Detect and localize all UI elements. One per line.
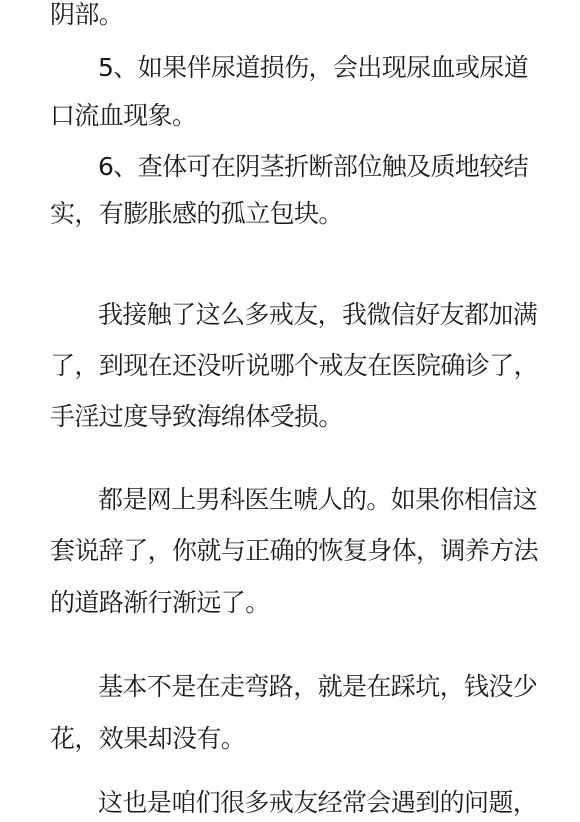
paragraph-start: 这也是咱们很多戒友经常会遇到的问题， bbox=[98, 788, 537, 818]
text-line-item-5: 5、如果伴尿道损伤，会出现尿血或尿道 bbox=[98, 53, 528, 83]
text-line: 口流血现象。 bbox=[50, 101, 196, 131]
text-line-item-6: 6、查体可在阴茎折断部位触及质地较结 bbox=[98, 152, 528, 182]
article-page: 阴部。 5、如果伴尿道损伤，会出现尿血或尿道 口流血现象。 6、查体可在阴茎折断… bbox=[0, 0, 580, 822]
text-line: 实，有膨胀感的孤立包块。 bbox=[50, 199, 343, 229]
text-line: 了，到现在还没听说哪个戒友在医院确诊了， bbox=[50, 351, 538, 381]
text-line: 花，效果却没有。 bbox=[50, 724, 245, 754]
text-line: 的道路渐行渐远了。 bbox=[50, 588, 270, 618]
text-line: 手淫过度导致海绵体受损。 bbox=[50, 402, 343, 432]
text-line: 阴部。 bbox=[50, 0, 123, 30]
paragraph-start: 我接触了这么多戒友，我微信好友都加满 bbox=[98, 300, 537, 330]
paragraph-start: 基本不是在走弯路，就是在踩坑，钱没少 bbox=[98, 672, 537, 702]
paragraph-start: 都是网上男科医生唬人的。如果你相信这 bbox=[98, 485, 537, 515]
text-line: 套说辞了，你就与正确的恢复身体，调养方法 bbox=[50, 536, 538, 566]
